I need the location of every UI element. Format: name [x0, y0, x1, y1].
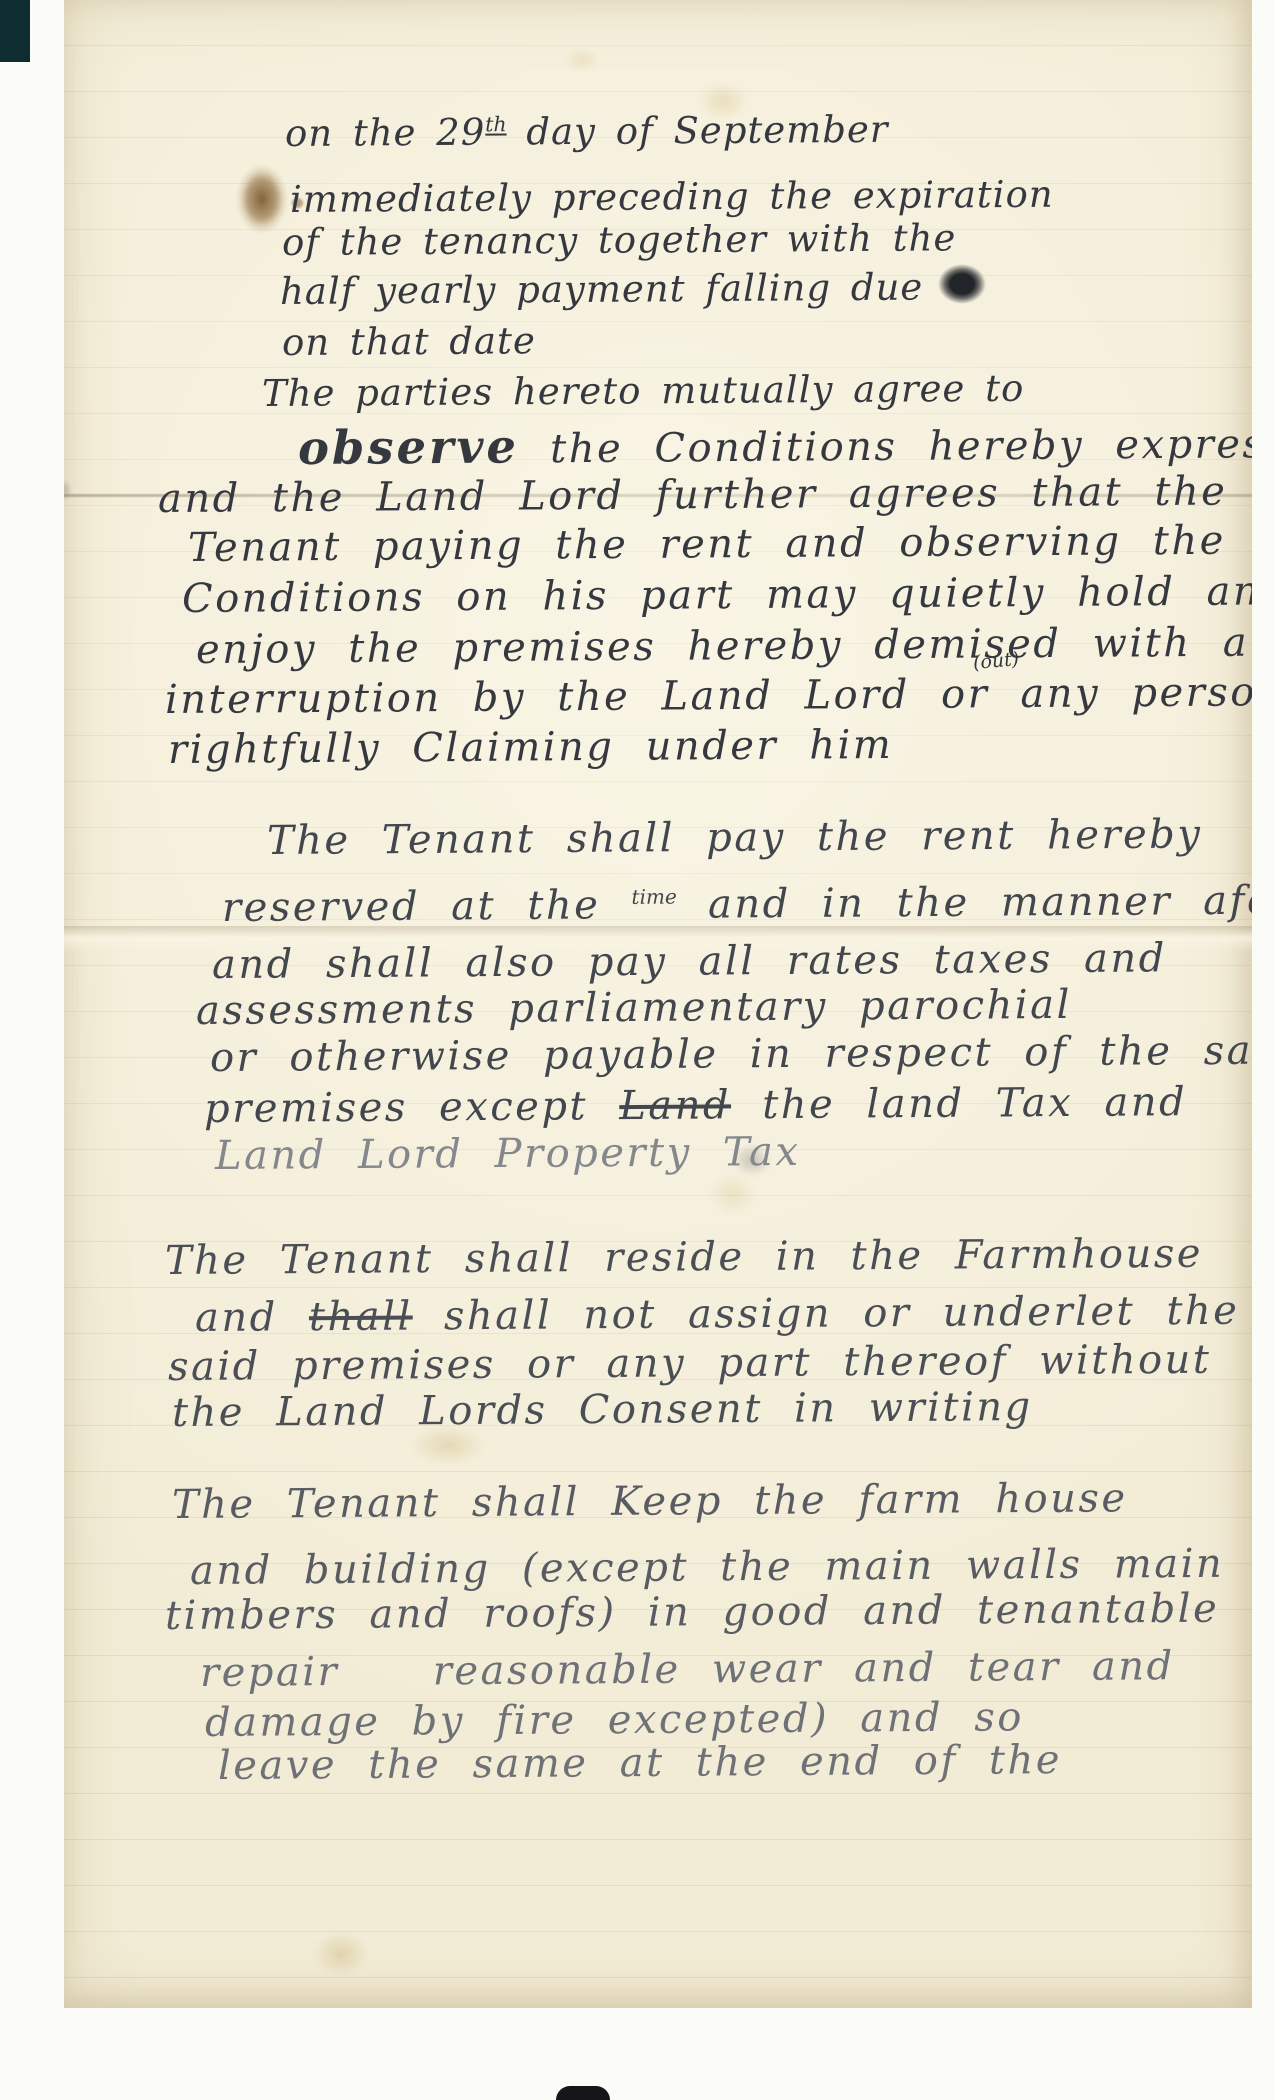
handwritten-line: timbers and roofs) in good and tenantabl…: [165, 1586, 1219, 1639]
handwritten-line: observe the Conditions hereby expressed: [298, 413, 1252, 475]
line-text: premises except: [204, 1083, 620, 1132]
line-text: and in the manner aforesaid: [677, 877, 1252, 928]
handwritten-line: on that date: [282, 319, 536, 364]
scanned-document: on the 29th day of September immediately…: [0, 0, 1275, 2100]
handwritten-line: Conditions on his part may quietly hold …: [182, 568, 1252, 622]
scanner-corner-mark: [0, 0, 30, 62]
handwritten-line: the Land Lords Consent in writing: [172, 1384, 1033, 1436]
struck-out-word: thall: [309, 1293, 413, 1340]
ink-blot: [938, 264, 986, 304]
brown-ink-stain: [236, 164, 288, 234]
handwritten-line: and thall shall not assign or underlet t…: [195, 1288, 1240, 1341]
handwritten-line: Land Lord Property Tax: [215, 1129, 801, 1179]
handwritten-line: said premises or any part thereof withou…: [168, 1337, 1212, 1390]
handwritten-line: leave the same at the end of the: [218, 1737, 1062, 1789]
paper-stain: [704, 1168, 762, 1220]
handwritten-line: The Tenant shall Keep the farm house: [172, 1475, 1128, 1528]
handwritten-line: reserved at the time and in the manner a…: [222, 877, 1252, 931]
paper-page: on the 29th day of September immediately…: [64, 0, 1252, 2008]
handwritten-line: The Tenant shall reside in the Farmhouse: [165, 1231, 1203, 1284]
paper-stain: [559, 46, 605, 74]
handwritten-line: The parties hereto mutually agree to: [262, 367, 1025, 415]
handwritten-line: enjoy the premises hereby demised with a…: [196, 619, 1252, 673]
struck-out-word: Land: [619, 1082, 731, 1129]
inserted-word-out: (out): [972, 648, 1020, 674]
line-text: reserved at the: [222, 882, 632, 931]
handwritten-line: rightfully Claiming under him: [168, 722, 894, 773]
handwritten-line: immediately preceding the expiration: [290, 173, 1054, 221]
line-text: day of September: [506, 108, 888, 154]
paper-stain: [308, 1926, 374, 1982]
handwritten-line: Tenant paying the rent and observing the…: [188, 517, 1252, 571]
handwritten-line: and the Land Lord further agrees that th…: [158, 469, 1228, 522]
handwritten-line: repair reasonable wear and tear and: [200, 1643, 1175, 1696]
emphasized-word: observe: [298, 418, 519, 475]
handwritten-line: half yearly payment falling due: [280, 266, 924, 313]
superscript-ordinal: th: [485, 112, 506, 136]
line-text: the land Tax and: [731, 1079, 1187, 1128]
edge-pencil-mark: [64, 476, 74, 504]
line-text: shall not assign or underlet the: [413, 1288, 1240, 1340]
handwritten-line: of the tenancy together with the: [282, 216, 957, 264]
handwritten-line: interruption by the Land Lord or any per…: [165, 669, 1252, 723]
line-text: and: [195, 1294, 309, 1341]
scan-artifact-bottom: [556, 2086, 610, 2100]
handwritten-line: premises except Land the land Tax and: [204, 1079, 1187, 1132]
line-text: on the 29: [285, 111, 486, 155]
handwritten-line: or otherwise payable in respect of the s…: [210, 1027, 1252, 1081]
handwritten-line: and shall also pay all rates taxes and: [212, 935, 1167, 988]
inserted-word-time: time: [631, 884, 676, 908]
handwritten-line: The Tenant shall pay the rent hereby: [267, 811, 1203, 864]
handwritten-line: on the 29th day of September: [285, 108, 889, 155]
line-text: the Conditions hereby expressed: [519, 421, 1252, 473]
handwritten-line: assessments parliamentary parochial: [196, 982, 1072, 1034]
